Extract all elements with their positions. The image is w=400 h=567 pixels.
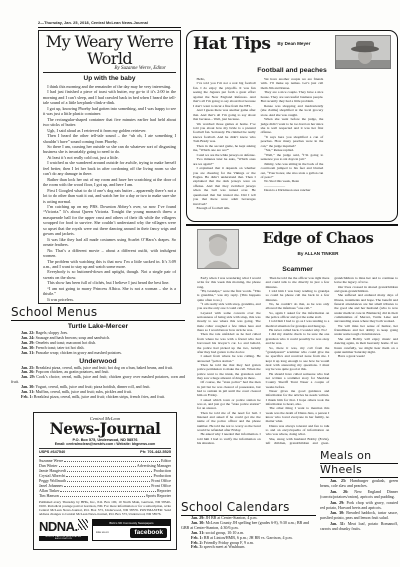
meal-item: Jan. 30: Breaded haddock, tartar sauce, …: [320, 511, 398, 521]
column-byline: By Dean Meyer: [277, 41, 310, 46]
ndna-stripes-icon: [78, 519, 88, 530]
columnist-portrait-photo: [197, 229, 239, 269]
article-body: Hello, I’ve told you I’m not a real big …: [193, 77, 391, 215]
menu-text: Breakfast pizza, cereal, milk, juice and…: [34, 394, 165, 399]
school-name: Underwood: [11, 358, 185, 365]
like-us-label: Like us on: [96, 531, 112, 534]
usps-phone-row: USPS #647540 Ph: 701-442-5525: [39, 450, 171, 454]
column-title: Hat Tips: [193, 34, 270, 54]
article-headline: Up with the baby: [43, 75, 176, 82]
school-name: Turtle Lake-Mercer: [11, 323, 185, 330]
menu-date: Jan. 29:: [21, 374, 35, 379]
staff-row: Tim HansonSports Reporter: [39, 493, 171, 498]
column-title: My Weary Werre World: [43, 33, 176, 67]
section-title: School Menus: [11, 305, 185, 321]
menu-text: Pancake wrap; chicken in gravy and mashe…: [36, 350, 122, 355]
section-divider: [186, 224, 398, 226]
dot-leader: [67, 468, 152, 472]
dot-leader: [67, 478, 150, 482]
section-title-line1: Meals on: [320, 450, 398, 464]
school-calendars-section: School Calendars Jan. 29: JH BB at Cente…: [181, 500, 316, 550]
usps-number: USPS #647540: [39, 450, 65, 454]
menu-text: Cook’s choice, cereal, milk, juice and f…: [11, 374, 185, 384]
section-title-line2: Wheels: [320, 464, 398, 478]
menu-item: Feb. 1: Breakfast pizza, cereal, milk, j…: [11, 395, 185, 400]
article-body: I think this morning and the remainder o…: [43, 84, 176, 304]
weary-werre-world-column: My Weary Werre World By Suzanne Werre, E…: [38, 30, 181, 304]
ndna-wordmark: NDNA.: [39, 521, 78, 533]
dot-leader: [66, 473, 152, 477]
hat-tips-header: Hat Tips By Dean Meyer: [193, 34, 391, 64]
school-menus-section: School Menus Turtle Lake-Mercer Jan. 22:…: [11, 305, 185, 400]
meal-item: Jan. 31: Meat loaf, potato Romanoff, car…: [320, 522, 398, 532]
staff-role: Sports Reporter: [146, 493, 171, 498]
hat-tips-column: Hat Tips By Dean Meyer Football and peac…: [186, 30, 398, 222]
column-byline: By ALLAN TINKER: [238, 251, 398, 256]
columnist-cowboy-hat-photo: [335, 35, 391, 69]
column-title: Edge of Chaos: [238, 230, 398, 247]
calendar-text: speech meet at Washburn.: [204, 544, 246, 549]
folio-rule: [38, 27, 181, 28]
menu-item: Jan. 31: Pancake wrap; chicken in gravy …: [11, 351, 185, 356]
section-title: School Calendars: [181, 500, 316, 516]
page-folio: 2—Thursday, Jan. 25, 2018, Central McLea…: [38, 21, 181, 25]
dot-leader: [60, 493, 145, 497]
article-body: Early when I was wondering what I would …: [197, 276, 398, 448]
calendar-date: Feb. 3:: [191, 544, 203, 549]
dot-leader: [60, 488, 156, 492]
divider: [43, 72, 176, 73]
divider: [39, 448, 171, 449]
meal-item: Jan. 29: Pork chop with gravy, roasted r…: [320, 501, 398, 511]
meal-item: Jan. 25: Hamburger goulash, green beans,…: [320, 479, 398, 489]
masthead-contact: Email: centralmclean@westriv.com • Websi…: [39, 442, 171, 446]
article-headline: Scammer: [197, 266, 398, 273]
divider: [39, 456, 171, 457]
dot-leader: [59, 463, 136, 467]
staff-name: Tim Hanson: [39, 493, 59, 498]
meals-on-wheels-section: Meals on Wheels Jan. 25: Hamburger goula…: [320, 450, 398, 532]
phone-number: Ph: 701-442-5525: [140, 450, 171, 454]
publication-notice: Published every Thursday by BHG, Inc., P…: [39, 500, 171, 516]
dot-leader: [64, 483, 150, 487]
dot-leader: [64, 458, 160, 462]
masthead-logos: NDNA. NORTH DAKOTA NEWSPAPER ASSOCIATION…: [39, 518, 171, 541]
meal-item: Jan. 26: New England Dinner (carrots/pot…: [320, 490, 398, 500]
calendar-item: Feb. 3: speech meet at Washburn.: [181, 545, 316, 550]
facebook-promo-box: BHG’s ND Community Newspapers Like us on…: [92, 519, 171, 541]
ndna-tagline: NORTH DAKOTA NEWSPAPER ASSOCIATION: [39, 536, 88, 541]
newspaper-name: News-Journal: [39, 421, 171, 437]
ndna-logo: NDNA. NORTH DAKOTA NEWSPAPER ASSOCIATION: [39, 518, 88, 541]
facebook-logo: facebook: [130, 528, 167, 538]
menu-date: Feb. 1:: [21, 394, 33, 399]
newspaper-masthead: Central McLean News-Journal P.O. Box 575…: [33, 412, 177, 550]
menu-date: Jan. 31:: [21, 350, 35, 355]
